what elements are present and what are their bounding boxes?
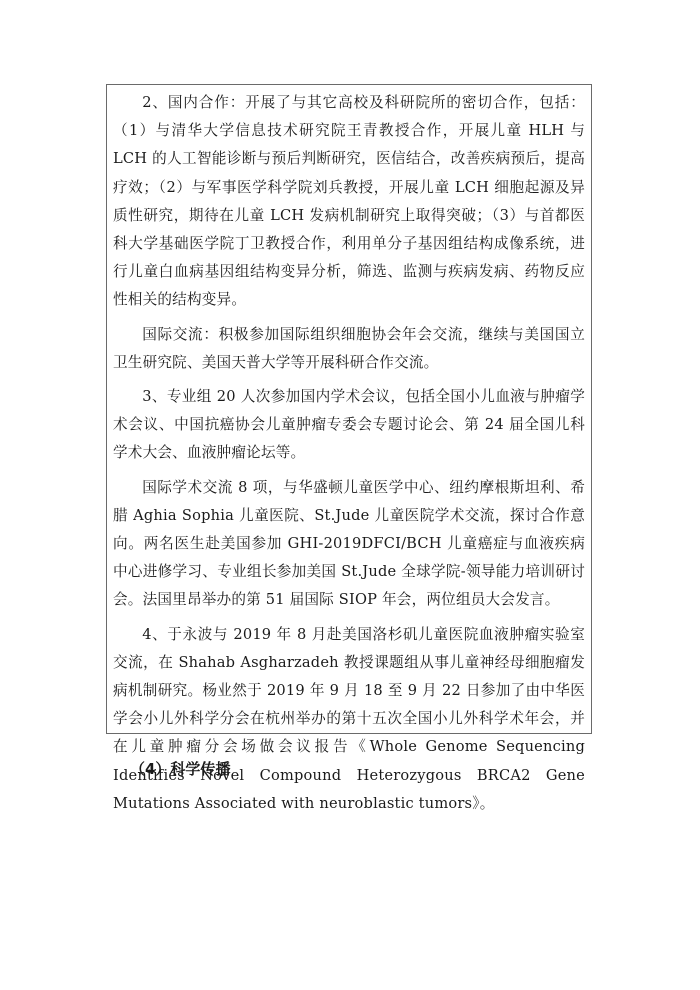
section-heading-science-communication: （4）科学传播 xyxy=(130,758,230,779)
content-box: 2、国内合作：开展了与其它高校及科研院所的密切合作，包括：（1）与清华大学信息技… xyxy=(106,84,592,734)
paragraph-domestic-cooperation: 2、国内合作：开展了与其它高校及科研院所的密切合作，包括：（1）与清华大学信息技… xyxy=(113,89,585,315)
paragraph-overseas-visits: 4、于永波与 2019 年 8 月赴美国洛杉矶儿童医院血液肿瘤实验室交流，在 S… xyxy=(113,621,585,818)
paragraph-domestic-conferences: 3、专业组 20 人次参加国内学术会议，包括全国小儿血液与肿瘤学术会议、中国抗癌… xyxy=(113,383,585,468)
paragraph-international-exchange: 国际交流：积极参加国际组织细胞协会年会交流，继续与美国国立卫生研究院、美国天普大… xyxy=(113,321,585,377)
paragraph-international-academic-exchange: 国际学术交流 8 项，与华盛顿儿童医学中心、纽约摩根斯坦利、希腊 Aghia S… xyxy=(113,474,585,615)
